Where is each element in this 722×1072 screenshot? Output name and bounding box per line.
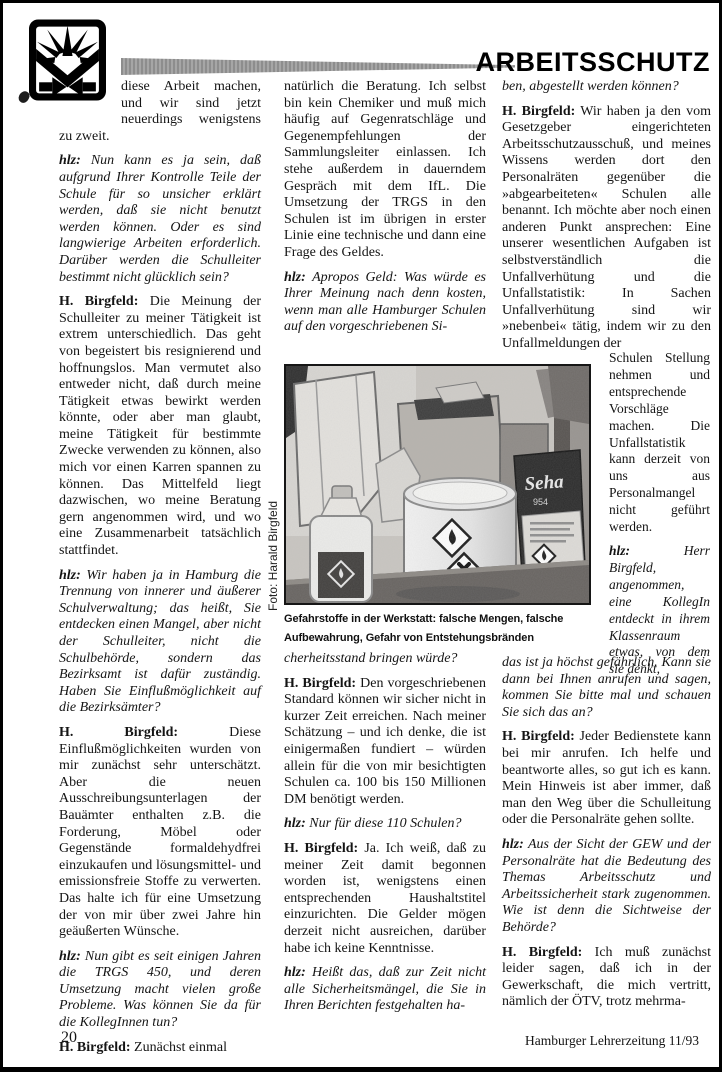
interview-question: hlz: Nun kann es ja sein, daß aufgrund I… (59, 153, 261, 286)
interview-answer: H. Birgfeld: Wir haben ja den vom Gesetz… (502, 104, 711, 353)
interview-answer: H. Birgfeld: Ich muß zunächst leider sag… (502, 945, 711, 1011)
logo-text-wrap-spacer (59, 79, 121, 115)
article-column-2-top: natürlich die Beratung. Ich selbst bin k… (284, 79, 486, 344)
workshop-photo-illustration: Seha 954 (286, 366, 589, 603)
photo-caption-line1: Gefahrstoffe in der Werkstatt: falsche M… (284, 610, 604, 629)
speaker-label: hlz: (284, 816, 306, 831)
article-column-3-bottom: das ist ja höchst gefährlich. Kann sie d… (502, 655, 711, 1019)
speaker-label: hlz: (284, 965, 306, 980)
workshop-photo: Seha 954 (284, 364, 591, 605)
interview-question: hlz: Nun gibt es seit einigen Jahren die… (59, 949, 261, 1032)
page-title: ARBEITSSCHUTZ (476, 47, 711, 78)
paragraph: natürlich die Beratung. Ich selbst bin k… (284, 79, 486, 262)
interview-question: cherheitsstand bringen würde? (284, 651, 486, 668)
interview-answer: H. Birgfeld: Diese Einflußmöglichkeiten … (59, 725, 261, 941)
article-column-3-top: ben, abgestellt werden können?H. Birgfel… (502, 79, 711, 361)
speaker-label: H. Birgfeld: (59, 294, 138, 309)
speaker-label: H. Birgfeld: (284, 841, 358, 856)
interview-question: hlz: Nur für diese 110 Schulen? (284, 816, 486, 833)
interview-answer: H. Birgfeld: Zunächst einmal (59, 1040, 261, 1057)
magazine-page: ARBEITSSCHUTZ diese Arbeit machen, und w… (0, 0, 722, 1072)
article-column-1: diese Arbeit machen, und wir sind jetzt … (59, 79, 261, 1064)
speaker-label: hlz: (59, 568, 81, 583)
interview-question: ben, abgestellt werden können? (502, 79, 711, 96)
interview-answer: Schulen Stellung nehmen und entsprechend… (609, 350, 710, 536)
speaker-label: hlz: (502, 837, 524, 852)
speaker-label: H. Birgfeld: (59, 725, 178, 740)
speaker-label: hlz: (284, 270, 306, 285)
interview-answer: H. Birgfeld: Den vorgeschriebenen Standa… (284, 676, 486, 809)
photo-credit: Foto: Harald Birgfeld (266, 501, 280, 611)
speaker-label: H. Birgfeld: (502, 945, 582, 960)
journal-name: Hamburger Lehrerzeitung 11/93 (525, 1033, 699, 1049)
interview-question: hlz: Aus der Sicht der GEW und der Perso… (502, 837, 711, 937)
interview-question: hlz: Apropos Geld: Was würde es Ihrer Me… (284, 270, 486, 336)
interview-question: hlz: Wir haben ja in Hamburg die Trennun… (59, 568, 261, 717)
speaker-label: H. Birgfeld: (502, 104, 575, 119)
speaker-label: H. Birgfeld: (284, 676, 356, 691)
photo-caption-line2: Aufbewahrung, Gefahr von Entstehungsbrän… (284, 629, 604, 648)
article-column-3-narrow: Schulen Stellung nehmen und entsprechend… (609, 350, 710, 685)
photo-caption: Gefahrstoffe in der Werkstatt: falsche M… (284, 610, 604, 648)
interview-answer: H. Birgfeld: Ja. Ich weiß, daß zu meiner… (284, 841, 486, 957)
speaker-label: hlz: (59, 153, 81, 168)
speaker-label: hlz: (609, 543, 630, 558)
speaker-label: hlz: (59, 949, 81, 964)
header-rule-wedge (121, 58, 515, 75)
article-column-2-bottom: cherheitsstand bringen würde?H. Birgfeld… (284, 651, 486, 1023)
interview-question: hlz: Heißt das, daß zur Zeit nicht alle … (284, 965, 486, 1015)
interview-answer: H. Birgfeld: Die Meinung der Schulleiter… (59, 294, 261, 560)
speaker-label: H. Birgfeld: (502, 729, 575, 744)
interview-answer: H. Birgfeld: Jeder Bedienstete kann bei … (502, 729, 711, 829)
interview-question: das ist ja höchst gefährlich. Kann sie d… (502, 655, 711, 721)
page-number: 20 (61, 1029, 77, 1047)
